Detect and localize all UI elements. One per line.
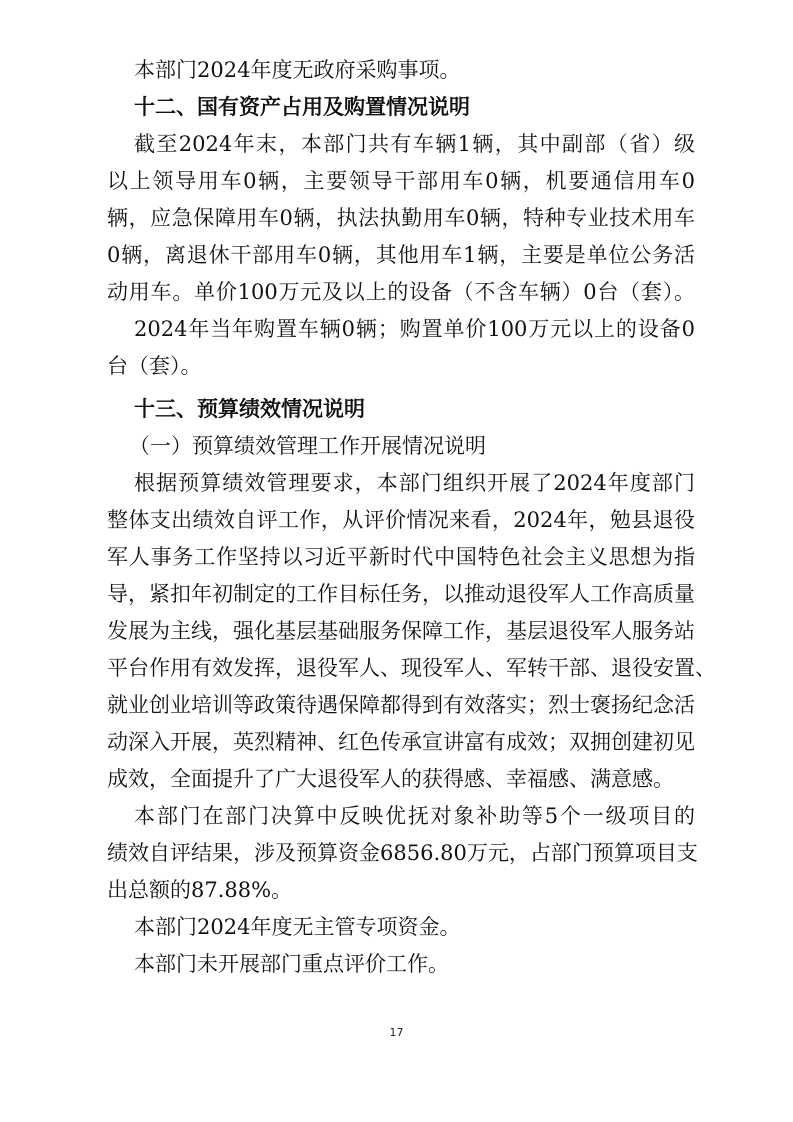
paragraph-performance-line: 整体支出绩效自评工作，从评价情况来看，2024年，勉县退役 <box>107 502 695 539</box>
page-number: 17 <box>0 1026 793 1039</box>
paragraph-performance-line: 就业创业培训等政策待遇保障都得到有效落实；烈士褒扬纪念活 <box>107 687 695 724</box>
document-page: 本部门2024年度无政府采购事项。 十二、国有资产占用及购置情况说明 截至202… <box>0 0 793 1122</box>
paragraph-assets-line: 0辆，离退休干部用车0辆，其他用车1辆，主要是单位公务活 <box>107 237 695 274</box>
paragraph-no-special-funds: 本部门2024年度无主管专项资金。 <box>107 909 695 946</box>
paragraph-self-evaluation-line: 绩效自评结果，涉及预算资金6856.80万元，占部门预算项目支 <box>107 835 695 872</box>
paragraph-no-procurement: 本部门2024年度无政府采购事项。 <box>107 52 695 89</box>
paragraph-assets-line: 辆，应急保障用车0辆，执法执勤用车0辆，特种专业技术用车 <box>107 200 695 237</box>
subsection-heading-performance-management: （一）预算绩效管理工作开展情况说明 <box>107 428 695 465</box>
paragraph-assets-line: 以上领导用车0辆，主要领导干部用车0辆，机要通信用车0 <box>107 163 695 200</box>
paragraph-self-evaluation-line: 出总额的87.88%。 <box>107 872 695 909</box>
paragraph-performance-line: 导，紧扣年初制定的工作目标任务，以推动退役军人工作高质量 <box>107 576 695 613</box>
paragraph-performance-line: 发展为主线，强化基层基础服务保障工作，基层退役军人服务站 <box>107 613 695 650</box>
paragraph-purchase-line: 台（套）。 <box>107 348 695 385</box>
section-heading-performance: 十三、预算绩效情况说明 <box>107 391 695 428</box>
paragraph-purchase-line: 2024年当年购置车辆0辆；购置单价100万元以上的设备0 <box>107 311 695 348</box>
paragraph-performance-line: 动深入开展，英烈精神、红色传承宣讲富有成效；双拥创建初见 <box>107 724 695 761</box>
document-body: 本部门2024年度无政府采购事项。 十二、国有资产占用及购置情况说明 截至202… <box>107 52 695 983</box>
paragraph-assets-line: 截至2024年末，本部门共有车辆1辆，其中副部（省）级 <box>107 126 695 163</box>
paragraph-performance-line: 根据预算绩效管理要求，本部门组织开展了2024年度部门 <box>107 465 695 502</box>
paragraph-performance-line: 军人事务工作坚持以习近平新时代中国特色社会主义思想为指 <box>107 539 695 576</box>
paragraph-no-key-evaluation: 本部门未开展部门重点评价工作。 <box>107 946 695 983</box>
paragraph-self-evaluation-line: 本部门在部门决算中反映优抚对象补助等5个一级项目的 <box>107 798 695 835</box>
section-heading-assets: 十二、国有资产占用及购置情况说明 <box>107 89 695 126</box>
paragraph-performance-line: 平台作用有效发挥，退役军人、现役军人、军转干部、退役安置、 <box>107 650 695 687</box>
paragraph-performance-line: 成效，全面提升了广大退役军人的获得感、幸福感、满意感。 <box>107 761 695 798</box>
paragraph-assets-line: 动用车。单价100万元及以上的设备（不含车辆）0台（套）。 <box>107 274 695 311</box>
